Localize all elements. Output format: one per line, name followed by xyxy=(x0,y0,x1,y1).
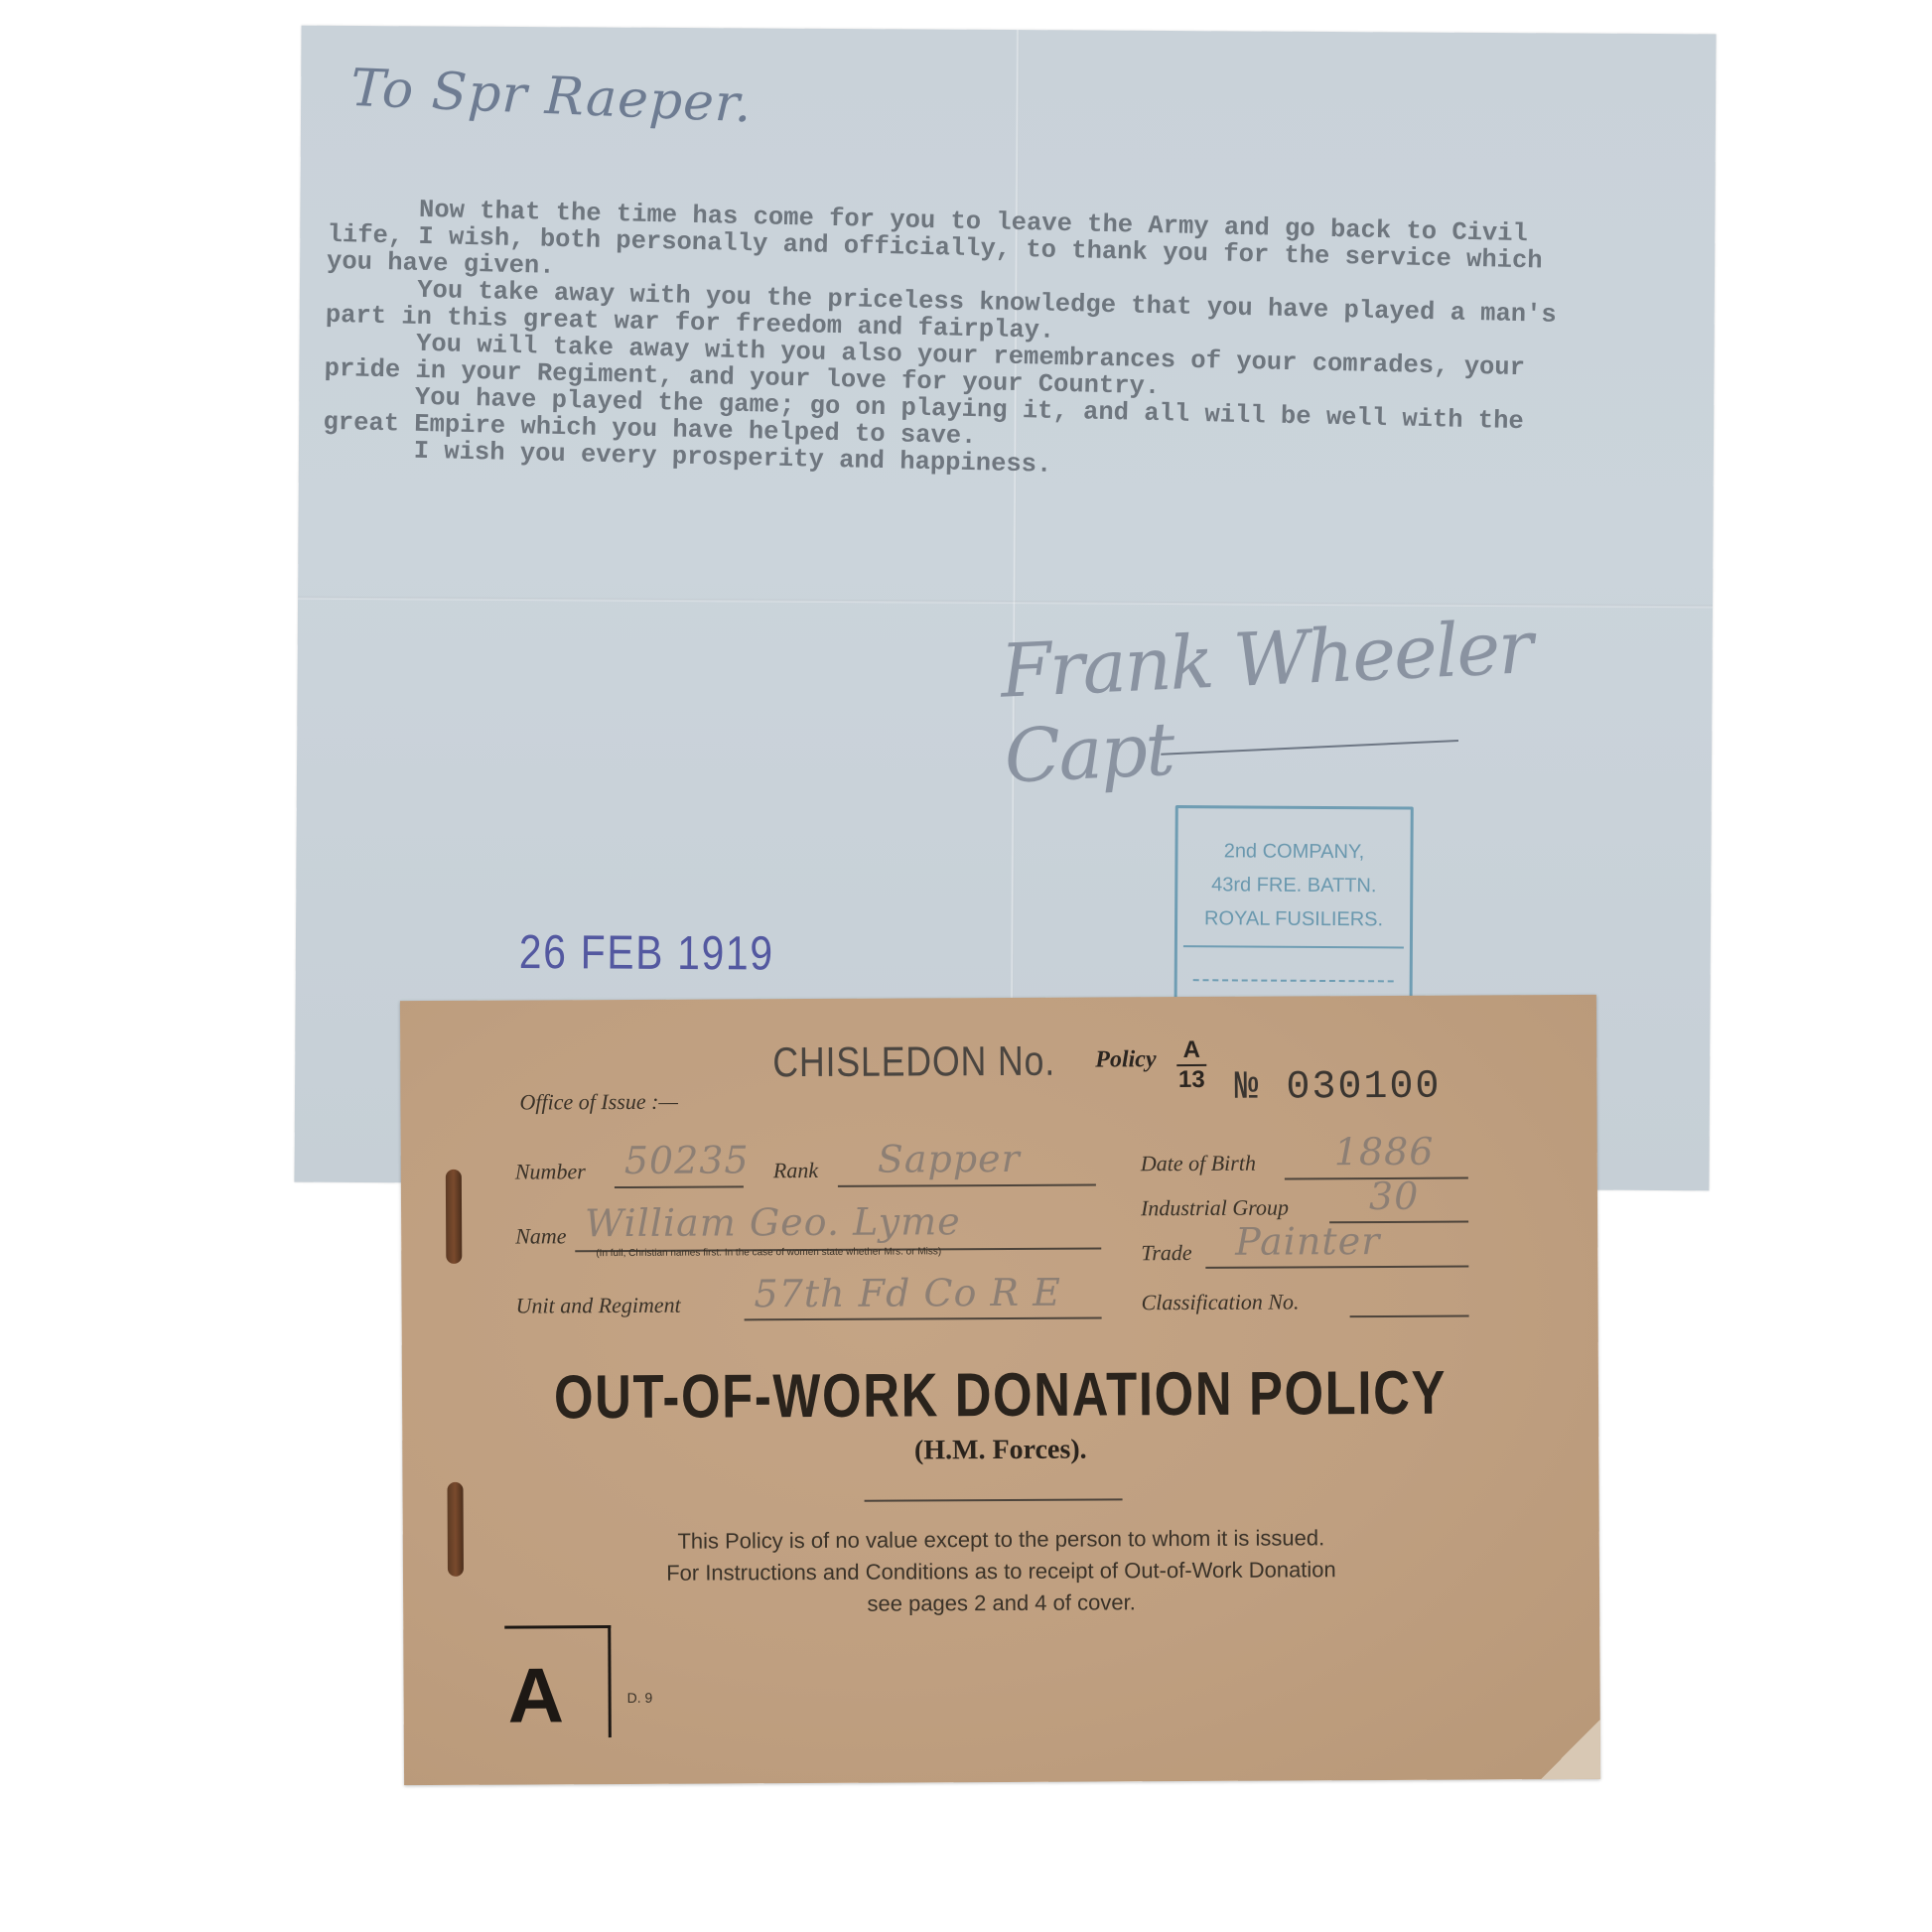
date-of-birth-label: Date of Birth xyxy=(1141,1151,1256,1177)
unit-value: 57th Fd Co R E xyxy=(754,1271,1061,1316)
industrial-group-label: Industrial Group xyxy=(1141,1194,1289,1221)
number-label: Number xyxy=(515,1159,586,1184)
form-code: D. 9 xyxy=(627,1690,653,1706)
rank-value: Sapper xyxy=(878,1137,1021,1181)
stamp-dashed-line xyxy=(1193,979,1394,982)
name-instructions: (In full, Christian names first. In the … xyxy=(580,1246,957,1260)
worn-corner xyxy=(1541,1720,1600,1779)
name-label: Name xyxy=(515,1223,566,1249)
name-value: William Geo. Lyme xyxy=(585,1199,961,1245)
policy-label: Policy xyxy=(1095,1046,1156,1073)
office-of-issue-label: Office of Issue :— xyxy=(519,1089,678,1116)
typed-letter-body: Now that the time has come for you to le… xyxy=(323,195,1709,492)
policy-title: OUT-OF-WORK DONATION POLICY xyxy=(509,1357,1490,1433)
date-of-birth-value: 1886 xyxy=(1334,1130,1435,1174)
policy-notice: This Policy is of no value except to the… xyxy=(403,1521,1599,1622)
policy-serial-number: № 030100 xyxy=(1234,1065,1441,1111)
number-value: 50235 xyxy=(624,1138,750,1182)
trade-label: Trade xyxy=(1141,1240,1191,1266)
handwritten-addressee: To Spr Raeper. xyxy=(349,59,754,135)
unit-label: Unit and Regiment xyxy=(515,1293,680,1319)
out-of-work-donation-policy: CHISLEDON No. Policy A 13 № 030100 Offic… xyxy=(400,995,1600,1785)
section-letter: A xyxy=(507,1650,564,1740)
stamp-line: 43rd FRE. BATTN. xyxy=(1177,868,1410,902)
stamp-divider xyxy=(1183,945,1404,948)
title-divider xyxy=(865,1498,1123,1501)
trade-value: Painter xyxy=(1235,1219,1380,1264)
policy-subtitle: (H.M. Forces). xyxy=(402,1432,1598,1469)
stamp-line: 2nd COMPANY, xyxy=(1177,834,1410,869)
rusty-staple-icon xyxy=(446,1170,462,1264)
date-stamp: 26 FEB 1919 xyxy=(519,925,774,982)
industrial-group-value: 30 xyxy=(1369,1174,1420,1218)
stamp-line: ROYAL FUSILIERS. xyxy=(1177,901,1410,936)
classification-label: Classification No. xyxy=(1141,1289,1299,1315)
rank-label: Rank xyxy=(773,1158,818,1183)
office-stamp: CHISLEDON No. xyxy=(772,1037,1055,1086)
officer-signature: Frank Wheeler Capt xyxy=(999,597,1716,800)
policy-class: A 13 xyxy=(1176,1038,1206,1092)
